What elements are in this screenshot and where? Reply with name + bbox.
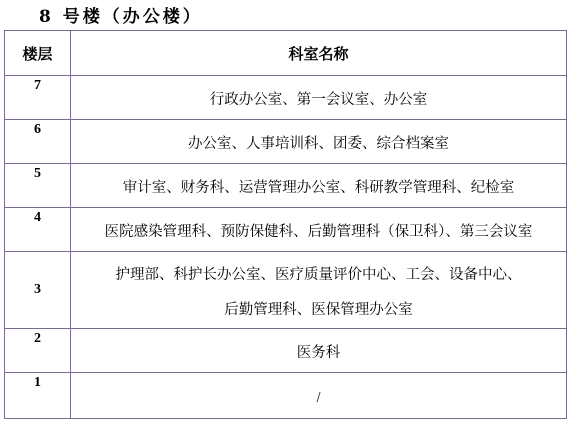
floor-number: 2 [5,329,71,373]
floor-directory-table: 楼层 科室名称 7 行政办公室、第一会议室、办公室 6 办公室、人事培训科、团委… [4,30,567,419]
floor-number: 7 [5,76,71,120]
table-row: 3 护理部、科护长办公室、医疗质量评价中心、工会、设备中心、 后勤管理科、医保管… [5,252,567,329]
floor-number: 6 [5,120,71,164]
department-names: 护理部、科护长办公室、医疗质量评价中心、工会、设备中心、 后勤管理科、医保管理办… [71,252,567,329]
department-names: / [71,373,567,419]
table-header-row: 楼层 科室名称 [5,31,567,76]
department-names: 医务科 [71,329,567,373]
table-row: 2 医务科 [5,329,567,373]
header-floor: 楼层 [5,31,71,76]
department-names: 医院感染管理科、预防保健科、后勤管理科（保卫科）、第三会议室 [71,208,567,252]
table-row: 5 审计室、财务科、运营管理办公室、科研教学管理科、纪检室 [5,164,567,208]
table-row: 6 办公室、人事培训科、团委、综合档案室 [5,120,567,164]
department-names: 审计室、财务科、运营管理办公室、科研教学管理科、纪检室 [71,164,567,208]
floor-number: 4 [5,208,71,252]
floor-number: 1 [5,373,71,419]
department-names-line-2: 后勤管理科、医保管理办公室 [71,293,566,328]
table-row: 7 行政办公室、第一会议室、办公室 [5,76,567,120]
department-names: 行政办公室、第一会议室、办公室 [71,76,567,120]
department-names-line-1: 护理部、科护长办公室、医疗质量评价中心、工会、设备中心、 [71,258,566,293]
department-names: 办公室、人事培训科、团委、综合档案室 [71,120,567,164]
table-row: 4 医院感染管理科、预防保健科、后勤管理科（保卫科）、第三会议室 [5,208,567,252]
floor-number: 3 [5,252,71,329]
building-title: 8 号楼（办公楼） [39,2,203,27]
floor-number: 5 [5,164,71,208]
header-department-name: 科室名称 [71,31,567,76]
table-row: 1 / [5,373,567,419]
